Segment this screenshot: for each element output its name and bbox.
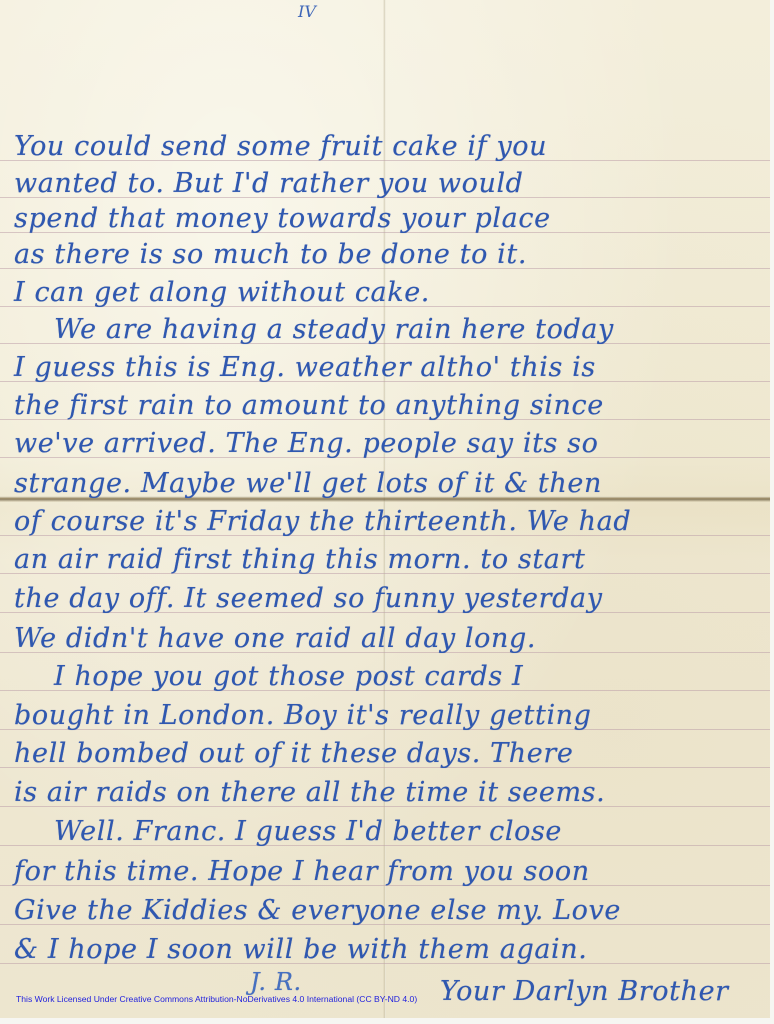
letter-line: Give the Kiddies & everyone else my. Lov… bbox=[14, 897, 764, 924]
letter-page: IV You could send some fruit cake if you… bbox=[0, 0, 770, 1018]
letter-line: We are having a steady rain here today bbox=[54, 316, 770, 343]
letter-line: wanted to. But I'd rather you would bbox=[14, 170, 764, 197]
letter-line: is air raids on there all the time it se… bbox=[14, 779, 764, 806]
letter-line: we've arrived. The Eng. people say its s… bbox=[14, 430, 764, 457]
letter-line: of course it's Friday the thirteenth. We… bbox=[14, 508, 764, 535]
scan-border-bottom bbox=[0, 1018, 774, 1024]
letter-line: hell bombed out of it these days. There bbox=[14, 740, 764, 767]
letter-line: strange. Maybe we'll get lots of it & th… bbox=[14, 470, 764, 497]
page-number: IV bbox=[298, 2, 316, 21]
letter-line: I hope you got those post cards I bbox=[54, 663, 770, 690]
letter-line: You could send some fruit cake if you bbox=[14, 133, 764, 160]
letter-line: an air raid first thing this morn. to st… bbox=[14, 546, 764, 573]
letter-line: & I hope I soon will be with them again. bbox=[14, 936, 764, 963]
letter-line: We didn't have one raid all day long. bbox=[14, 625, 764, 652]
letter-line: I can get along without cake. bbox=[14, 279, 764, 306]
license-notice: This Work Licensed Under Creative Common… bbox=[16, 994, 417, 1004]
letter-line: spend that money towards your place bbox=[14, 205, 764, 232]
letter-line: as there is so much to be done to it. bbox=[14, 241, 764, 268]
letter-line: bought in London. Boy it's really gettin… bbox=[14, 702, 764, 729]
letter-line: the first rain to amount to anything sin… bbox=[14, 392, 764, 419]
letter-line: Well. Franc. I guess I'd better close bbox=[54, 818, 770, 845]
letter-line: I guess this is Eng. weather altho' this… bbox=[14, 354, 764, 381]
signature-closing: Your Darlyn Brother bbox=[440, 978, 770, 1005]
scan-border-right bbox=[770, 0, 774, 1024]
letter-line: the day off. It seemed so funny yesterda… bbox=[14, 585, 764, 612]
letter-line: for this time. Hope I hear from you soon bbox=[14, 858, 764, 885]
